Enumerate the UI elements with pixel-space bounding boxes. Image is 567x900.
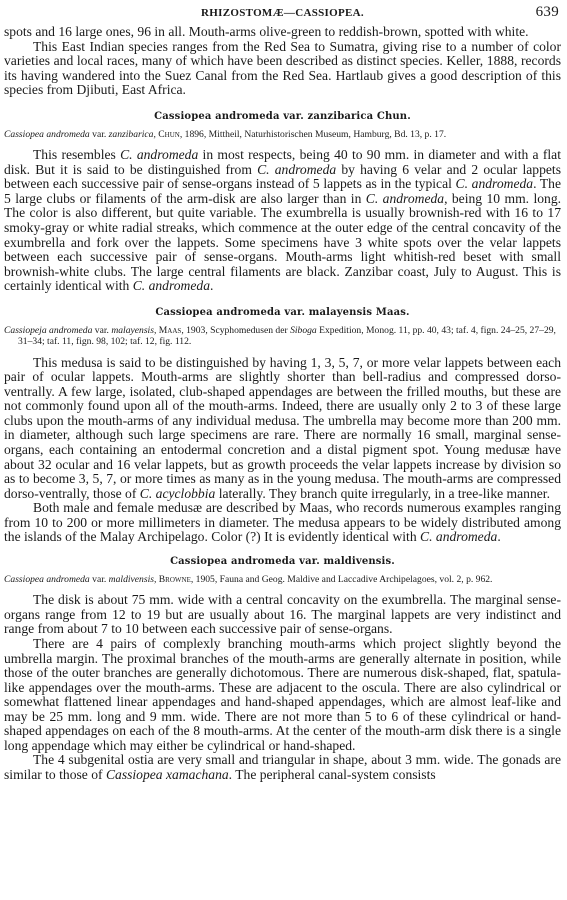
citation: Cassiopea andromeda var. zanzibarica, Ch… [4, 129, 561, 141]
citation-expedition: Siboga [290, 325, 317, 336]
document-page: RHIZOSTOMÆ—CASSIOPEA. 639 spots and 16 l… [4, 0, 561, 782]
section-paragraph: This resembles C. andromeda in most resp… [4, 148, 561, 293]
citation-var: var. [92, 574, 106, 585]
running-header: RHIZOSTOMÆ—CASSIOPEA. 639 [4, 3, 561, 25]
intro-paragraph-2: This East Indian species ranges from the… [4, 40, 561, 98]
section-heading: Cassiopea andromeda var. malayensis Maas… [4, 306, 561, 320]
section-paragraph: The disk is about 75 mm. wide with a cen… [4, 593, 561, 637]
citation-var: var. [92, 129, 106, 140]
section-paragraph: This medusa is said to be distinguished … [4, 356, 561, 501]
citation-genus: Cassiopea andromeda [4, 129, 90, 140]
section-maldivensis: Cassiopea andromeda var. maldivensis. Ca… [4, 555, 561, 783]
section-heading: Cassiopea andromeda var. maldivensis. [4, 555, 561, 569]
section-paragraph: The 4 subgenital ostia are very small an… [4, 753, 561, 782]
section-malayensis: Cassiopea andromeda var. malayensis Maas… [4, 306, 561, 545]
section-paragraph: Both male and female medusæ are describe… [4, 501, 561, 545]
citation-author: Browne, [159, 574, 193, 585]
citation-genus: Cassiopeja andromeda [4, 325, 92, 336]
citation: Cassiopeja andromeda var. malayensis, Ma… [4, 325, 561, 348]
citation: Cassiopea andromeda var. maldivensis, Br… [4, 574, 561, 586]
citation-author: Maas, [159, 325, 184, 336]
intro-paragraph-1: spots and 16 large ones, 96 in all. Mout… [4, 25, 561, 40]
citation-genus: Cassiopea andromeda [4, 574, 90, 585]
section-zanzibarica: Cassiopea andromeda var. zanzibarica Chu… [4, 110, 561, 294]
running-title: RHIZOSTOMÆ—CASSIOPEA. [4, 7, 561, 19]
citation-source: 1905, Fauna and Geog. Maldive and Laccad… [196, 574, 493, 585]
citation-variety: malayensis, [111, 325, 156, 336]
citation-source: 1896, Mittheil, Naturhistorischen Museum… [185, 129, 447, 140]
citation-source: 1903, Scyphomedusen der [186, 325, 288, 336]
section-paragraph: There are 4 pairs of complexly branching… [4, 637, 561, 753]
section-heading: Cassiopea andromeda var. zanzibarica Chu… [4, 110, 561, 124]
citation-author: Chun, [158, 129, 182, 140]
page-number: 639 [536, 4, 559, 21]
citation-var: var. [95, 325, 109, 336]
citation-variety: maldivensis, [109, 574, 157, 585]
citation-variety: zanzibarica, [109, 129, 156, 140]
